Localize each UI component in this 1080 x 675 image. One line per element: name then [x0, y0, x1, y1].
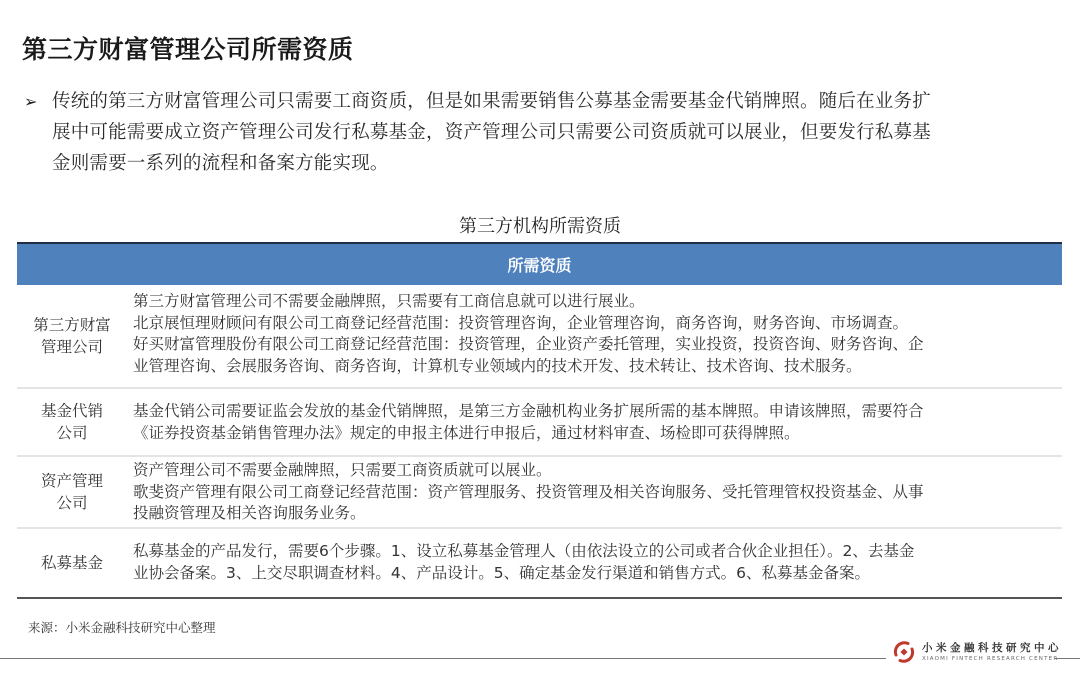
- intro-text: 传统的第三方财富管理公司只需要工商资质，但是如果需要销售公募基金需要基金代销牌照…: [52, 86, 931, 179]
- logo-text-en: XIAOMI FINTECH RESEARCH CENTER: [922, 655, 1062, 663]
- content-line: 好买财富管理股份有限公司工商登记经营范围：投资管理，企业资产委托管理，实业投资，…: [133, 334, 1052, 356]
- content-line: 北京展恒理财顾问有限公司工商登记经营范围：投资管理咨询，企业管理咨询，商务咨询，…: [133, 313, 1052, 335]
- table-row: 基金代销 公司 基金代销公司需要证监会发放的基金代销牌照，是第三方金融机构业务扩…: [17, 389, 1062, 457]
- intro-line: 展中可能需要成立资产管理公司发行私募基金，资产管理公司只需要公司资质就可以展业，…: [52, 117, 931, 148]
- table-header-label: 所需资质: [507, 253, 571, 276]
- footer-divider: [0, 658, 886, 659]
- xiaomi-fintech-logo-icon: [892, 640, 916, 664]
- content-line: 业管理咨询、会展服务咨询、商务咨询，计算机专业领域内的技术开发、技术转让、技术咨…: [133, 356, 1052, 378]
- row-content: 第三方财富管理公司不需要金融牌照，只需要有工商信息就可以进行展业。 北京展恒理财…: [127, 285, 1062, 387]
- table-row: 第三方财富 管理公司 第三方财富管理公司不需要金融牌照，只需要有工商信息就可以进…: [17, 285, 1062, 389]
- table-header: 所需资质: [17, 242, 1062, 285]
- content-line: 投融资管理及相关咨询服务业务。: [133, 503, 1052, 525]
- row-content: 私募基金的产品发行，需要6个步骤。1、设立私募基金管理人（由依法设立的公司或者合…: [127, 529, 1062, 597]
- arrow-bullet-icon: ➢: [22, 86, 52, 117]
- footer-logo: 小米金融科技研究中心 XIAOMI FINTECH RESEARCH CENTE…: [892, 640, 1062, 664]
- page-title: 第三方财富管理公司所需资质: [22, 30, 354, 66]
- row-content: 基金代销公司需要证监会发放的基金代销牌照，是第三方金融机构业务扩展所需的基本牌照…: [127, 389, 1062, 455]
- table-caption: 第三方机构所需资质: [0, 212, 1080, 238]
- row-label-line: 第三方财富: [33, 314, 111, 336]
- row-label: 私募基金: [17, 529, 127, 597]
- row-label-line: 资产管理: [41, 470, 103, 492]
- row-label-line: 公司: [41, 492, 103, 514]
- content-line: 第三方财富管理公司不需要金融牌照，只需要有工商信息就可以进行展业。: [133, 291, 1052, 313]
- row-content: 资产管理公司不需要金融牌照，只需要工商资质就可以展业。 歌斐资产管理有限公司工商…: [127, 457, 1062, 527]
- content-line: 资产管理公司不需要金融牌照，只需要工商资质就可以展业。: [133, 460, 1052, 482]
- content-line: 歌斐资产管理有限公司工商登记经营范围：资产管理服务、投资管理及相关咨询服务、受托…: [133, 482, 1052, 504]
- content-line: 《证券投资基金销售管理办法》规定的申报主体进行申报后，通过材料审查、场检即可获得…: [133, 423, 1052, 445]
- row-label-line: 私募基金: [41, 552, 103, 574]
- logo-text-cn: 小米金融科技研究中心: [922, 642, 1062, 655]
- content-line: 基金代销公司需要证监会发放的基金代销牌照，是第三方金融机构业务扩展所需的基本牌照…: [133, 401, 1052, 423]
- row-label-line: 管理公司: [33, 336, 111, 358]
- row-label: 资产管理 公司: [17, 457, 127, 527]
- row-label-line: 公司: [41, 422, 103, 444]
- row-label: 基金代销 公司: [17, 389, 127, 455]
- row-label: 第三方财富 管理公司: [17, 285, 127, 387]
- table-row: 私募基金 私募基金的产品发行，需要6个步骤。1、设立私募基金管理人（由依法设立的…: [17, 529, 1062, 599]
- intro-line: 传统的第三方财富管理公司只需要工商资质，但是如果需要销售公募基金需要基金代销牌照…: [52, 86, 931, 117]
- intro-paragraph: ➢ 传统的第三方财富管理公司只需要工商资质，但是如果需要销售公募基金需要基金代销…: [22, 86, 1052, 179]
- table-row: 资产管理 公司 资产管理公司不需要金融牌照，只需要工商资质就可以展业。 歌斐资产…: [17, 457, 1062, 529]
- qualification-table: 所需资质 第三方财富 管理公司 第三方财富管理公司不需要金融牌照，只需要有工商信…: [17, 242, 1062, 599]
- source-note: 来源：小米金融科技研究中心整理: [28, 618, 216, 636]
- content-line: 私募基金的产品发行，需要6个步骤。1、设立私募基金管理人（由依法设立的公司或者合…: [133, 541, 1052, 563]
- content-line: 业协会备案。3、上交尽职调查材料。4、产品设计。5、确定基金发行渠道和销售方式。…: [133, 563, 1052, 585]
- row-label-line: 基金代销: [41, 400, 103, 422]
- intro-line: 金则需要一系列的流程和备案方能实现。: [52, 148, 931, 179]
